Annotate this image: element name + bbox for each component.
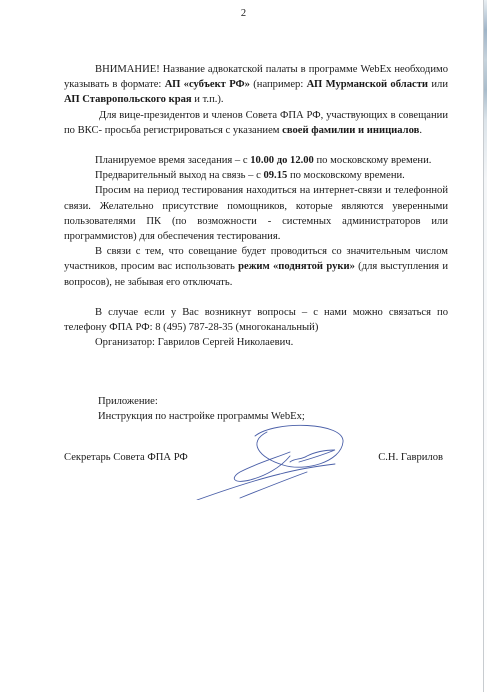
annex-label: Приложение: — [98, 394, 158, 409]
paragraph-preliminary: Предварительный выход на связь – с 09.15… — [64, 168, 448, 183]
bold-text: своей фамилии и инициалов — [282, 125, 419, 136]
text: или — [428, 79, 448, 90]
bold-text: 09.15 — [263, 170, 287, 181]
paragraph-testing: Просим на период тестирования находиться… — [64, 183, 448, 244]
body-text-top: ВНИМАНИЕ! Название адвокатской палаты в … — [64, 62, 448, 350]
page-number: 2 — [0, 8, 487, 19]
bold-text: 10.00 до 12.00 — [250, 155, 314, 166]
handwritten-signature-icon — [195, 420, 345, 500]
text: Планируемое время заседания – с — [95, 155, 250, 166]
text: по московскому времени. — [314, 155, 432, 166]
text: Предварительный выход на связь – с — [95, 170, 263, 181]
bold-text: АП «субъект РФ» — [165, 79, 250, 90]
text: по московскому времени. — [287, 170, 405, 181]
bold-text: АП Мурманской области — [307, 79, 428, 90]
paragraph-contact: В случае если у Вас возникнут вопросы – … — [64, 305, 448, 335]
paragraph-vice-presidents: Для вице-президентов и членов Совета ФПА… — [64, 108, 448, 138]
text: (например: — [250, 79, 307, 90]
text: и т.п.). — [192, 94, 224, 105]
bold-text: режим «поднятой руки» — [238, 261, 355, 272]
text: . — [419, 125, 422, 136]
paragraph-raised-hand: В связи с тем, что совещание будет прово… — [64, 244, 448, 290]
paragraph-organizer: Организатор: Гаврилов Сергей Николаевич. — [64, 335, 448, 350]
paragraph-planned-time: Планируемое время заседания – с 10.00 до… — [64, 153, 448, 168]
paragraph-attention: ВНИМАНИЕ! Название адвокатской палаты в … — [64, 62, 448, 108]
signatory-position: Секретарь Совета ФПА РФ — [64, 452, 188, 463]
signatory-name: С.Н. Гаврилов — [378, 452, 443, 463]
bold-text: АП Ставропольского края — [64, 94, 192, 105]
